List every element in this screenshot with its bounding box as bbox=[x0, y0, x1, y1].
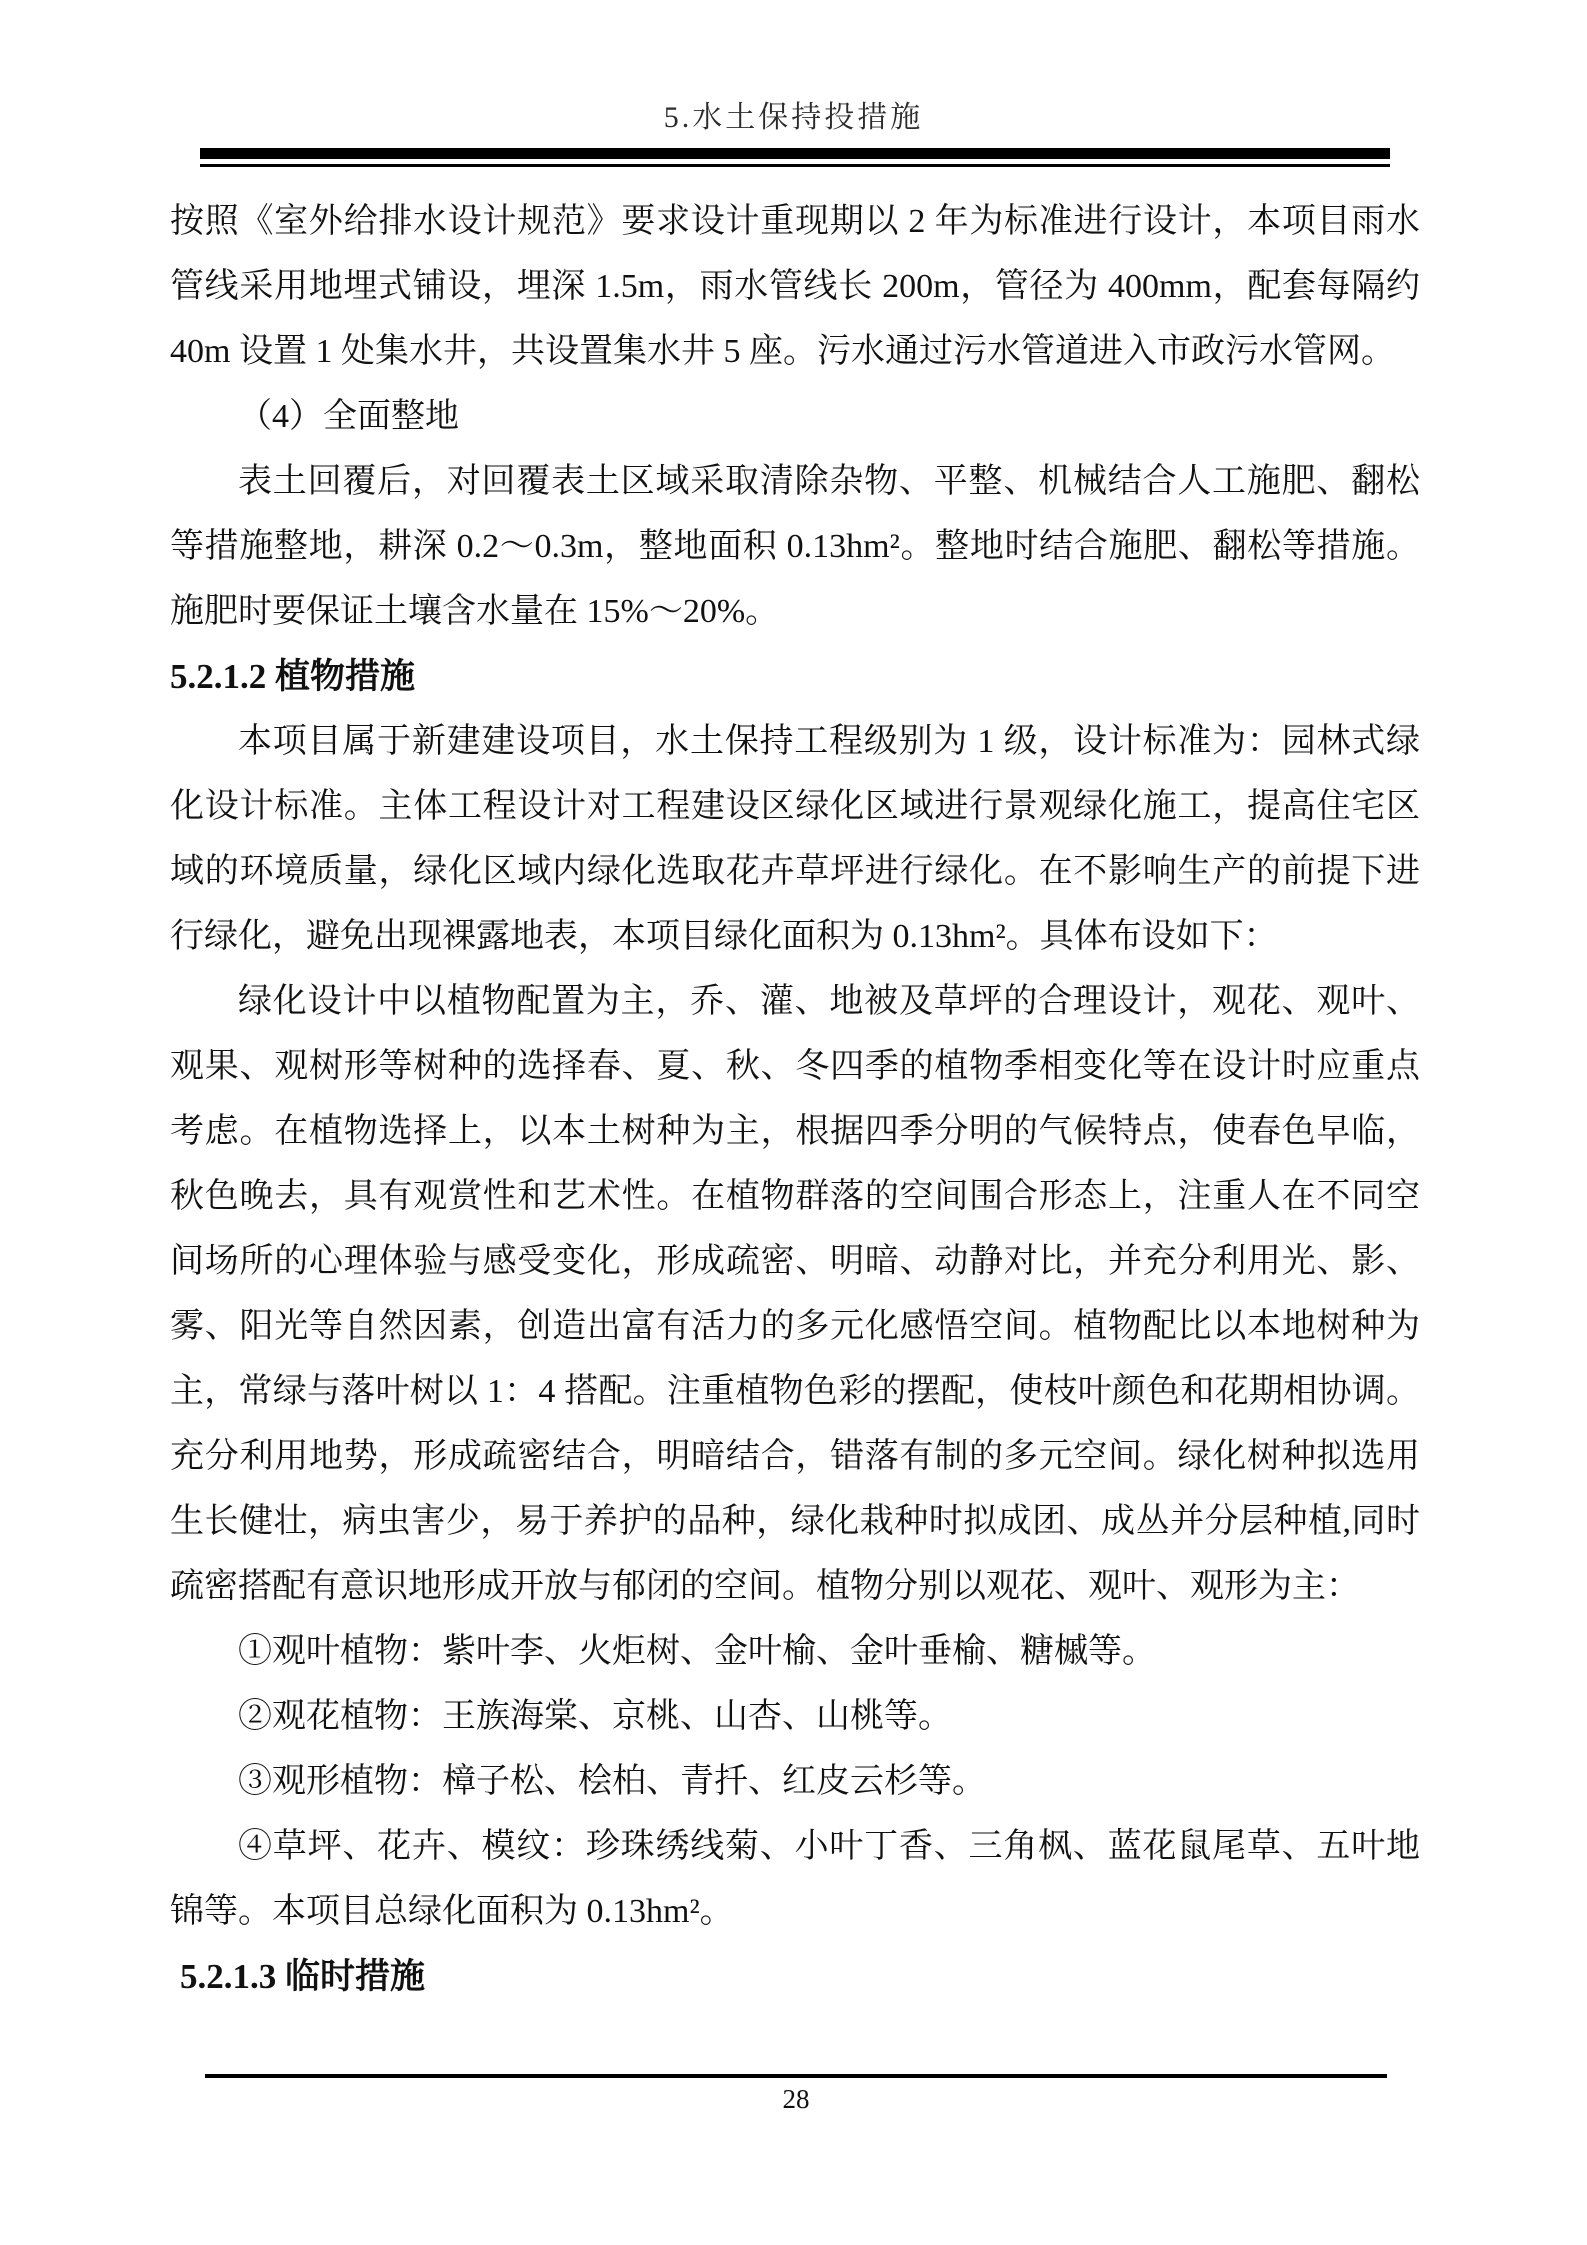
page-footer: 28 bbox=[205, 2074, 1387, 2115]
paragraph-topsoil-restoration: 表土回覆后，对回覆表土区域采取清除杂物、平整、机械结合人工施肥、翻松等措施整地，… bbox=[170, 449, 1420, 644]
subitem-heading-full-land-preparation: （4）全面整地 bbox=[170, 384, 1420, 449]
page-number: 28 bbox=[205, 2078, 1387, 2115]
document-page: 5.水土保持投措施 按照《室外给排水设计规范》要求设计重现期以 2 年为标准进行… bbox=[0, 0, 1587, 2245]
page-header-title: 5.水土保持投措施 bbox=[0, 98, 1587, 138]
document-body: 按照《室外给排水设计规范》要求设计重现期以 2 年为标准进行设计，本项目雨水管线… bbox=[0, 167, 1587, 2009]
paragraph-drainage-design: 按照《室外给排水设计规范》要求设计重现期以 2 年为标准进行设计，本项目雨水管线… bbox=[170, 189, 1420, 384]
header-rule bbox=[200, 148, 1390, 167]
paragraph-greening-standard: 本项目属于新建建设项目，水土保持工程级别为 1 级，设计标准为：园林式绿化设计标… bbox=[170, 709, 1420, 969]
page-header: 5.水土保持投措施 bbox=[0, 0, 1587, 167]
list-item-lawn-flowers-patterns: ④草坪、花卉、模纹：珍珠绣线菊、小叶丁香、三角枫、蓝花鼠尾草、五叶地锦等。本项目… bbox=[170, 1814, 1420, 1944]
section-heading-5212-plant-measures: 5.2.1.2 植物措施 bbox=[170, 644, 1420, 709]
header-rule-thick-line bbox=[200, 148, 1390, 159]
section-heading-5213-temporary-measures: 5.2.1.3 临时措施 bbox=[180, 1944, 1420, 2009]
list-item-foliage-plants: ①观叶植物：紫叶李、火炬树、金叶榆、金叶垂榆、糖槭等。 bbox=[170, 1619, 1420, 1684]
paragraph-greening-design-details: 绿化设计中以植物配置为主，乔、灌、地被及草坪的合理设计，观花、观叶、观果、观树形… bbox=[170, 969, 1420, 1619]
list-item-flowering-plants: ②观花植物：王族海棠、京桃、山杏、山桃等。 bbox=[170, 1684, 1420, 1749]
list-item-form-plants: ③观形植物：樟子松、桧柏、青扦、红皮云杉等。 bbox=[170, 1749, 1420, 1814]
